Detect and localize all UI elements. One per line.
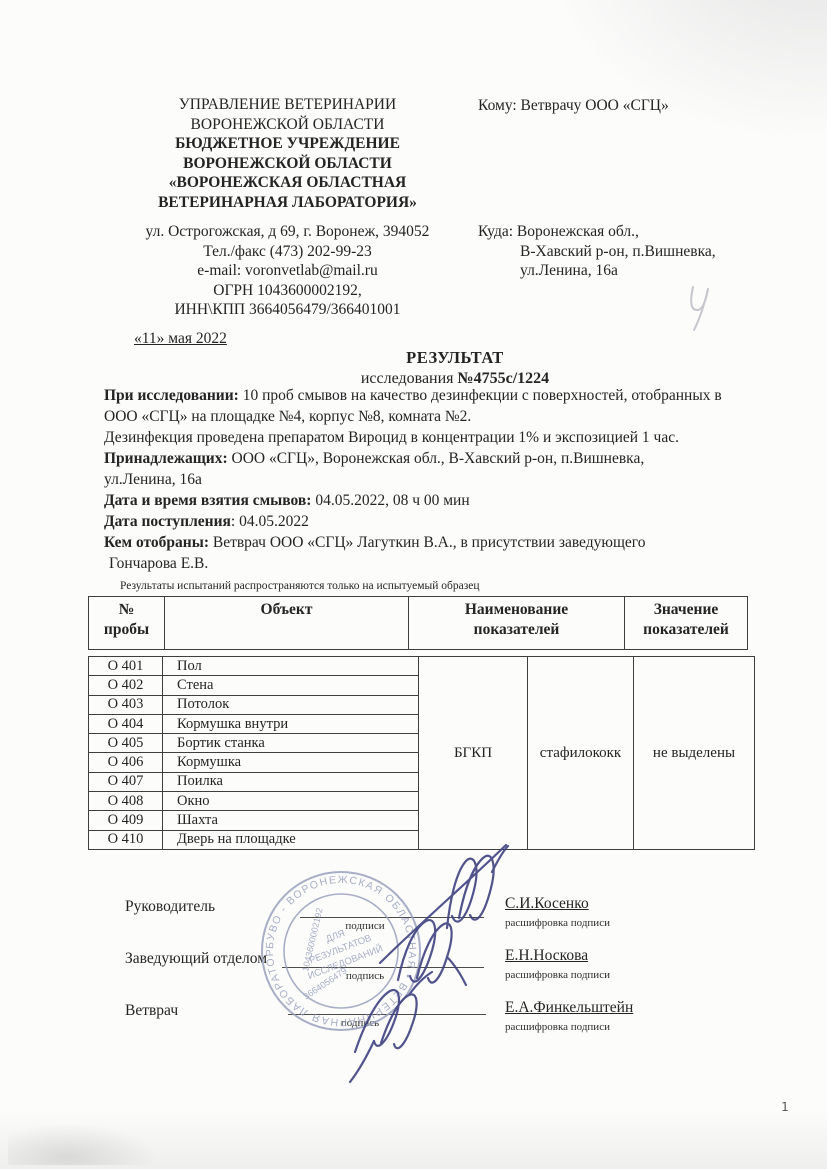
scan-smudge-bottom-left: [8, 1123, 158, 1165]
cell-indicator-bgkp: БГКП: [419, 657, 528, 850]
subtitle-plain: исследования: [361, 370, 458, 387]
body-line: Дезинфекция проведена препаратом Вироцид…: [104, 428, 744, 448]
sender-address-block: ул. Острогожская, д 69, г. Воронеж, 3940…: [95, 222, 480, 320]
document-title: РЕЗУЛЬТАТ: [88, 348, 822, 368]
page-number: 1: [781, 1099, 789, 1114]
sender-address-line: ул. Острогожская, д 69, г. Воронеж, 3940…: [95, 222, 480, 242]
body-line-text: : 04.05.2022: [231, 513, 309, 530]
sender-phone: Тел./факс (473) 202-99-23: [95, 242, 480, 262]
cell-object: Пол: [163, 657, 419, 676]
cell-sample-id: О 407: [89, 772, 163, 791]
cell-sample-id: О 406: [89, 753, 163, 772]
table-scope-note: Результаты испытаний распространяются то…: [120, 580, 480, 592]
sender-inn-kpp: ИНН\КПП 3664056479/366401001: [95, 300, 480, 320]
signature-line-caption: подписи: [300, 920, 430, 932]
document-title-block: РЕЗУЛЬТАТ исследования №4755с/1224: [88, 348, 822, 388]
signatory-name: С.И.Косенко: [505, 895, 589, 913]
column-header-sample-no: № пробы: [89, 597, 165, 650]
cell-object: Стена: [163, 676, 419, 695]
cell-object: Бортик станка: [163, 734, 419, 753]
research-number: №4755с/1224: [458, 370, 550, 387]
signatory-name-caption: расшифровка подписи: [505, 917, 610, 929]
body-line-text: ул.Ленина, 16а: [104, 471, 202, 488]
signature-role: Ветврач: [125, 1002, 178, 1020]
body-line: ул.Ленина, 16а: [104, 470, 744, 490]
signature-line: [300, 917, 484, 918]
cell-sample-id: О 410: [89, 830, 163, 849]
signature-line: [288, 1014, 486, 1015]
cell-object: Поилка: [163, 772, 419, 791]
results-table-header: № пробы Объект Наименование показателей …: [88, 596, 748, 650]
cell-indicator-staph: стафилококк: [528, 657, 634, 850]
scan-shadow-top-right: [507, 0, 827, 170]
body-line: При исследовании: 10 проб смывов на каче…: [104, 386, 744, 406]
handwritten-mark: [691, 287, 708, 330]
recipient-address-block: Куда: Воронежская обл., В-Хавский р-он, …: [478, 222, 716, 281]
body-line-label: Кем отобраны:: [104, 534, 209, 551]
sender-line: УПРАВЛЕНИЕ ВЕТЕРИНАРИИ: [95, 95, 480, 115]
pen-signature-1: [447, 846, 508, 928]
cell-sample-id: О 404: [89, 714, 163, 733]
column-header-indicator-value: Значение показателей: [625, 597, 748, 650]
recipient-address-line: В-Хавский р-он, п.Вишневка,: [478, 242, 716, 262]
body-line-text: ООО «СГЦ» на площадке №4, корпус №8, ком…: [104, 408, 471, 425]
body-line: Принадлежащих: ООО «СГЦ», Воронежская об…: [104, 449, 744, 469]
cell-sample-id: О 408: [89, 792, 163, 811]
body-line-label: Дата поступления: [104, 513, 231, 530]
stamp-inner-circle: [284, 894, 398, 1008]
signatory-name: Е.А.Финкельштейн: [505, 999, 633, 1017]
sender-line: «ВОРОНЕЖСКАЯ ОБЛАСТНАЯ: [95, 173, 480, 193]
body-line-text: Ветврач ООО «СГЦ» Лагуткин В.А., в прису…: [209, 534, 646, 551]
body-line-text: 04.05.2022, 08 ч 00 мин: [311, 492, 469, 509]
cell-sample-id: О 403: [89, 695, 163, 714]
sender-ogrn: ОГРН 1043600002192,: [95, 281, 480, 301]
recipient-address-line: Куда: Воронежская обл.,: [478, 222, 716, 242]
document-date: «11» мая 2022: [134, 330, 227, 348]
sender-line: ВОРОНЕЖСКОЙ ОБЛАСТИ: [95, 115, 480, 135]
body-line-text: Дезинфекция проведена препаратом Вироцид…: [104, 429, 679, 446]
sender-line: ВЕТЕРИНАРНАЯ ЛАБОРАТОРИЯ»: [95, 193, 480, 213]
cell-object: Окно: [163, 792, 419, 811]
results-table-body: О 401 Пол БГКП стафилококк не выделены О…: [88, 656, 755, 850]
body-line: Дата и время взятия смывов: 04.05.2022, …: [104, 491, 744, 511]
signature-line: [282, 967, 484, 968]
cell-object: Шахта: [163, 811, 419, 830]
recipient-to-line: Кому: Ветврачу ООО «СГЦ»: [478, 97, 669, 115]
body-line-text: ООО «СГЦ», Воронежская обл., В-Хавский р…: [228, 450, 645, 467]
body-line: Дата поступления: 04.05.2022: [104, 512, 744, 532]
table-row: О 401 Пол БГКП стафилококк не выделены: [89, 657, 755, 676]
column-header-indicator-name: Наименование показателей: [409, 597, 625, 650]
signature-line-caption: подпись: [295, 1017, 425, 1029]
body-line-label: При исследовании:: [104, 387, 239, 404]
body-line-text: 10 проб смывов на качество дезинфекции с…: [239, 387, 722, 404]
cell-result-value: не выделены: [634, 657, 755, 850]
pen-stroke-diagonal: [380, 845, 506, 963]
sender-line: БЮДЖЕТНОЕ УЧРЕЖДЕНИЕ: [95, 134, 480, 154]
cell-sample-id: О 401: [89, 657, 163, 676]
sender-email: e-mail: voronvetlab@mail.ru: [95, 261, 480, 281]
sender-line: ВОРОНЕЖСКОЙ ОБЛАСТИ: [95, 154, 480, 174]
body-line-label: Дата и время взятия смывов:: [104, 492, 311, 509]
body-line: Гончарова Е.В.: [104, 554, 749, 574]
signatory-name-caption: расшифровка подписи: [505, 1021, 610, 1033]
cell-object: Кормушка: [163, 753, 419, 772]
body-line-label: Принадлежащих:: [104, 450, 228, 467]
scanned-document-page: УПРАВЛЕНИЕ ВЕТЕРИНАРИИ ВОРОНЕЖСКОЙ ОБЛАС…: [0, 0, 827, 1169]
body-line-text: Гончарова Е.В.: [109, 555, 208, 572]
signature-line-caption: подпись: [300, 970, 430, 982]
body-line: ООО «СГЦ» на площадке №4, корпус №8, ком…: [104, 407, 744, 427]
pen-signature-strokes: [350, 845, 508, 1082]
signature-role: Заведующий отделом: [125, 950, 267, 968]
cell-sample-id: О 402: [89, 676, 163, 695]
recipient-address-line: ул.Ленина, 16а: [478, 261, 716, 281]
letterhead-sender-block: УПРАВЛЕНИЕ ВЕТЕРИНАРИИ ВОРОНЕЖСКОЙ ОБЛАС…: [95, 95, 480, 320]
signature-role: Руководитель: [125, 898, 215, 916]
cell-object: Дверь на площадке: [163, 830, 419, 849]
signatory-name-caption: расшифровка подписи: [505, 969, 610, 981]
cell-sample-id: О 405: [89, 734, 163, 753]
cell-object: Кормушка внутри: [163, 714, 419, 733]
body-line: Кем отобраны: Ветврач ООО «СГЦ» Лагуткин…: [104, 533, 744, 553]
cell-sample-id: О 409: [89, 811, 163, 830]
stamp-center-line: РЕЗУЛЬТАТОВ: [308, 933, 373, 967]
signatory-name: Е.Н.Носкова: [505, 947, 588, 965]
cell-object: Потолок: [163, 695, 419, 714]
stamp-outer-circle: [262, 872, 420, 1030]
column-header-object: Объект: [165, 597, 409, 650]
